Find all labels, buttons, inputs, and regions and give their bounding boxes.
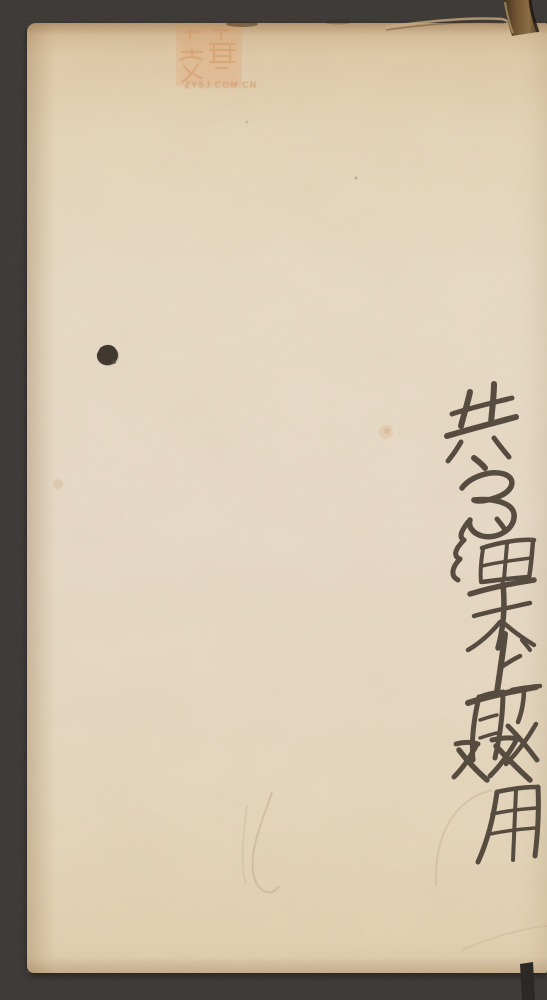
watermark-url-text: ZYSJ.COM.CN <box>176 80 266 90</box>
manuscript-page <box>27 23 547 973</box>
watermark-seal-characters: 中醫世家 <box>0 0 1 1</box>
book-scan: ZYSJ.COM.CN 共为细末上服双用 中醫世家 <box>0 0 547 1000</box>
calligraphy-transcription: 共为细末上服双用 <box>0 0 1 1</box>
